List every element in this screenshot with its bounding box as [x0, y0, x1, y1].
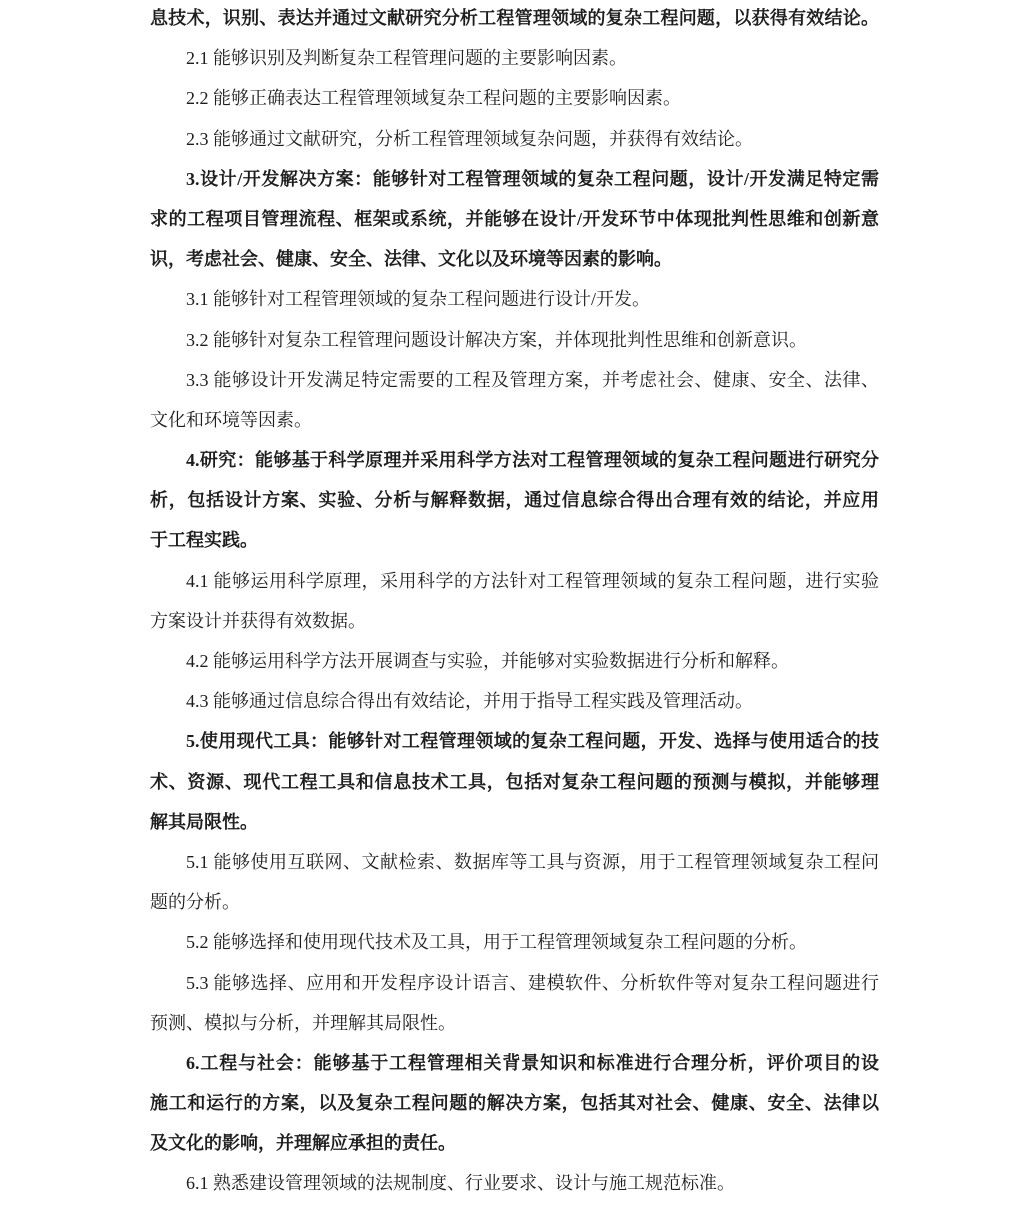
paragraph: 6.工程与社会：能够基于工程管理相关背景知识和标准进行合理分析，评价项目的设计、…	[150, 1043, 879, 1164]
document-line: 6.工程与社会：能够基于工程管理相关背景知识和标准进行合理分析，评价项目的设计、	[150, 1043, 879, 1083]
paragraph: 4.3 能够通过信息综合得出有效结论，并用于指导工程实践及管理活动。	[150, 681, 879, 721]
document-line: 及文化的影响，并理解应承担的责任。	[150, 1123, 879, 1163]
document-line: 3.1 能够针对工程管理领域的复杂工程问题进行设计/开发。	[150, 279, 879, 319]
document-line: 识，考虑社会、健康、安全、法律、文化以及环境等因素的影响。	[150, 239, 879, 279]
document-line: 息技术，识别、表达并通过文献研究分析工程管理领域的复杂工程问题，以获得有效结论。	[150, 0, 879, 38]
document-line: 4.1 能够运用科学原理，采用科学的方法针对工程管理领域的复杂工程问题，进行实验	[150, 561, 879, 601]
document-line: 题的分析。	[150, 882, 879, 922]
document-text-block: 息技术，识别、表达并通过文献研究分析工程管理领域的复杂工程问题，以获得有效结论。…	[150, 0, 879, 1204]
document-line: 方案设计并获得有效数据。	[150, 601, 879, 641]
paragraph: 6.1 熟悉建设管理领域的法规制度、行业要求、设计与施工规范标准。	[150, 1163, 879, 1203]
document-line: 2.1 能够识别及判断复杂工程管理问题的主要影响因素。	[150, 38, 879, 78]
paragraph: 3.2 能够针对复杂工程管理问题设计解决方案，并体现批判性思维和创新意识。	[150, 320, 879, 360]
document-line: 析，包括设计方案、实验、分析与解释数据，通过信息综合得出合理有效的结论，并应用	[150, 480, 879, 520]
paragraph: 4.1 能够运用科学原理，采用科学的方法针对工程管理领域的复杂工程问题，进行实验…	[150, 561, 879, 641]
paragraph: 4.研究：能够基于科学原理并采用科学方法对工程管理领域的复杂工程问题进行研究分析…	[150, 440, 879, 561]
document-line: 6.1 熟悉建设管理领域的法规制度、行业要求、设计与施工规范标准。	[150, 1163, 879, 1203]
document-line: 3.设计/开发解决方案：能够针对工程管理领域的复杂工程问题，设计/开发满足特定需	[150, 159, 879, 199]
document-line: 4.研究：能够基于科学原理并采用科学方法对工程管理领域的复杂工程问题进行研究分	[150, 440, 879, 480]
document-line: 解其局限性。	[150, 802, 879, 842]
document-line: 于工程实践。	[150, 520, 879, 560]
paragraph: 5.使用现代工具：能够针对工程管理领域的复杂工程问题，开发、选择与使用适合的技术…	[150, 721, 879, 842]
paragraph: 2.2 能够正确表达工程管理领域复杂工程问题的主要影响因素。	[150, 78, 879, 118]
document-line: 2.3 能够通过文献研究，分析工程管理领域复杂问题，并获得有效结论。	[150, 119, 879, 159]
paragraph: 5.3 能够选择、应用和开发程序设计语言、建模软件、分析软件等对复杂工程问题进行…	[150, 963, 879, 1043]
document-line: 5.3 能够选择、应用和开发程序设计语言、建模软件、分析软件等对复杂工程问题进行	[150, 963, 879, 1003]
document-line: 3.3 能够设计开发满足特定需要的工程及管理方案，并考虑社会、健康、安全、法律、	[150, 360, 879, 400]
paragraph: 3.设计/开发解决方案：能够针对工程管理领域的复杂工程问题，设计/开发满足特定需…	[150, 159, 879, 280]
document-line: 4.3 能够通过信息综合得出有效结论，并用于指导工程实践及管理活动。	[150, 681, 879, 721]
document-line: 施工和运行的方案，以及复杂工程问题的解决方案，包括其对社会、健康、安全、法律以	[150, 1083, 879, 1123]
document-line: 5.使用现代工具：能够针对工程管理领域的复杂工程问题，开发、选择与使用适合的技	[150, 721, 879, 761]
paragraph: 4.2 能够运用科学方法开展调查与实验，并能够对实验数据进行分析和解释。	[150, 641, 879, 681]
document-line: 5.2 能够选择和使用现代技术及工具，用于工程管理领域复杂工程问题的分析。	[150, 922, 879, 962]
paragraph: 5.2 能够选择和使用现代技术及工具，用于工程管理领域复杂工程问题的分析。	[150, 922, 879, 962]
document-line: 2.2 能够正确表达工程管理领域复杂工程问题的主要影响因素。	[150, 78, 879, 118]
paragraph: 3.1 能够针对工程管理领域的复杂工程问题进行设计/开发。	[150, 279, 879, 319]
paragraph: 5.1 能够使用互联网、文献检索、数据库等工具与资源，用于工程管理领域复杂工程问…	[150, 842, 879, 922]
document-line: 文化和环境等因素。	[150, 400, 879, 440]
paragraph: 3.3 能够设计开发满足特定需要的工程及管理方案，并考虑社会、健康、安全、法律、…	[150, 360, 879, 440]
document-line: 求的工程项目管理流程、框架或系统，并能够在设计/开发环节中体现批判性思维和创新意	[150, 199, 879, 239]
document-line: 术、资源、现代工程工具和信息技术工具，包括对复杂工程问题的预测与模拟，并能够理	[150, 762, 879, 802]
paragraph: 2.3 能够通过文献研究，分析工程管理领域复杂问题，并获得有效结论。	[150, 119, 879, 159]
document-page: 息技术，识别、表达并通过文献研究分析工程管理领域的复杂工程问题，以获得有效结论。…	[0, 0, 1024, 1206]
paragraph: 息技术，识别、表达并通过文献研究分析工程管理领域的复杂工程问题，以获得有效结论。	[150, 0, 879, 38]
document-line: 预测、模拟与分析，并理解其局限性。	[150, 1003, 879, 1043]
document-line: 5.1 能够使用互联网、文献检索、数据库等工具与资源，用于工程管理领域复杂工程问	[150, 842, 879, 882]
document-line: 3.2 能够针对复杂工程管理问题设计解决方案，并体现批判性思维和创新意识。	[150, 320, 879, 360]
paragraph: 2.1 能够识别及判断复杂工程管理问题的主要影响因素。	[150, 38, 879, 78]
document-line: 4.2 能够运用科学方法开展调查与实验，并能够对实验数据进行分析和解释。	[150, 641, 879, 681]
